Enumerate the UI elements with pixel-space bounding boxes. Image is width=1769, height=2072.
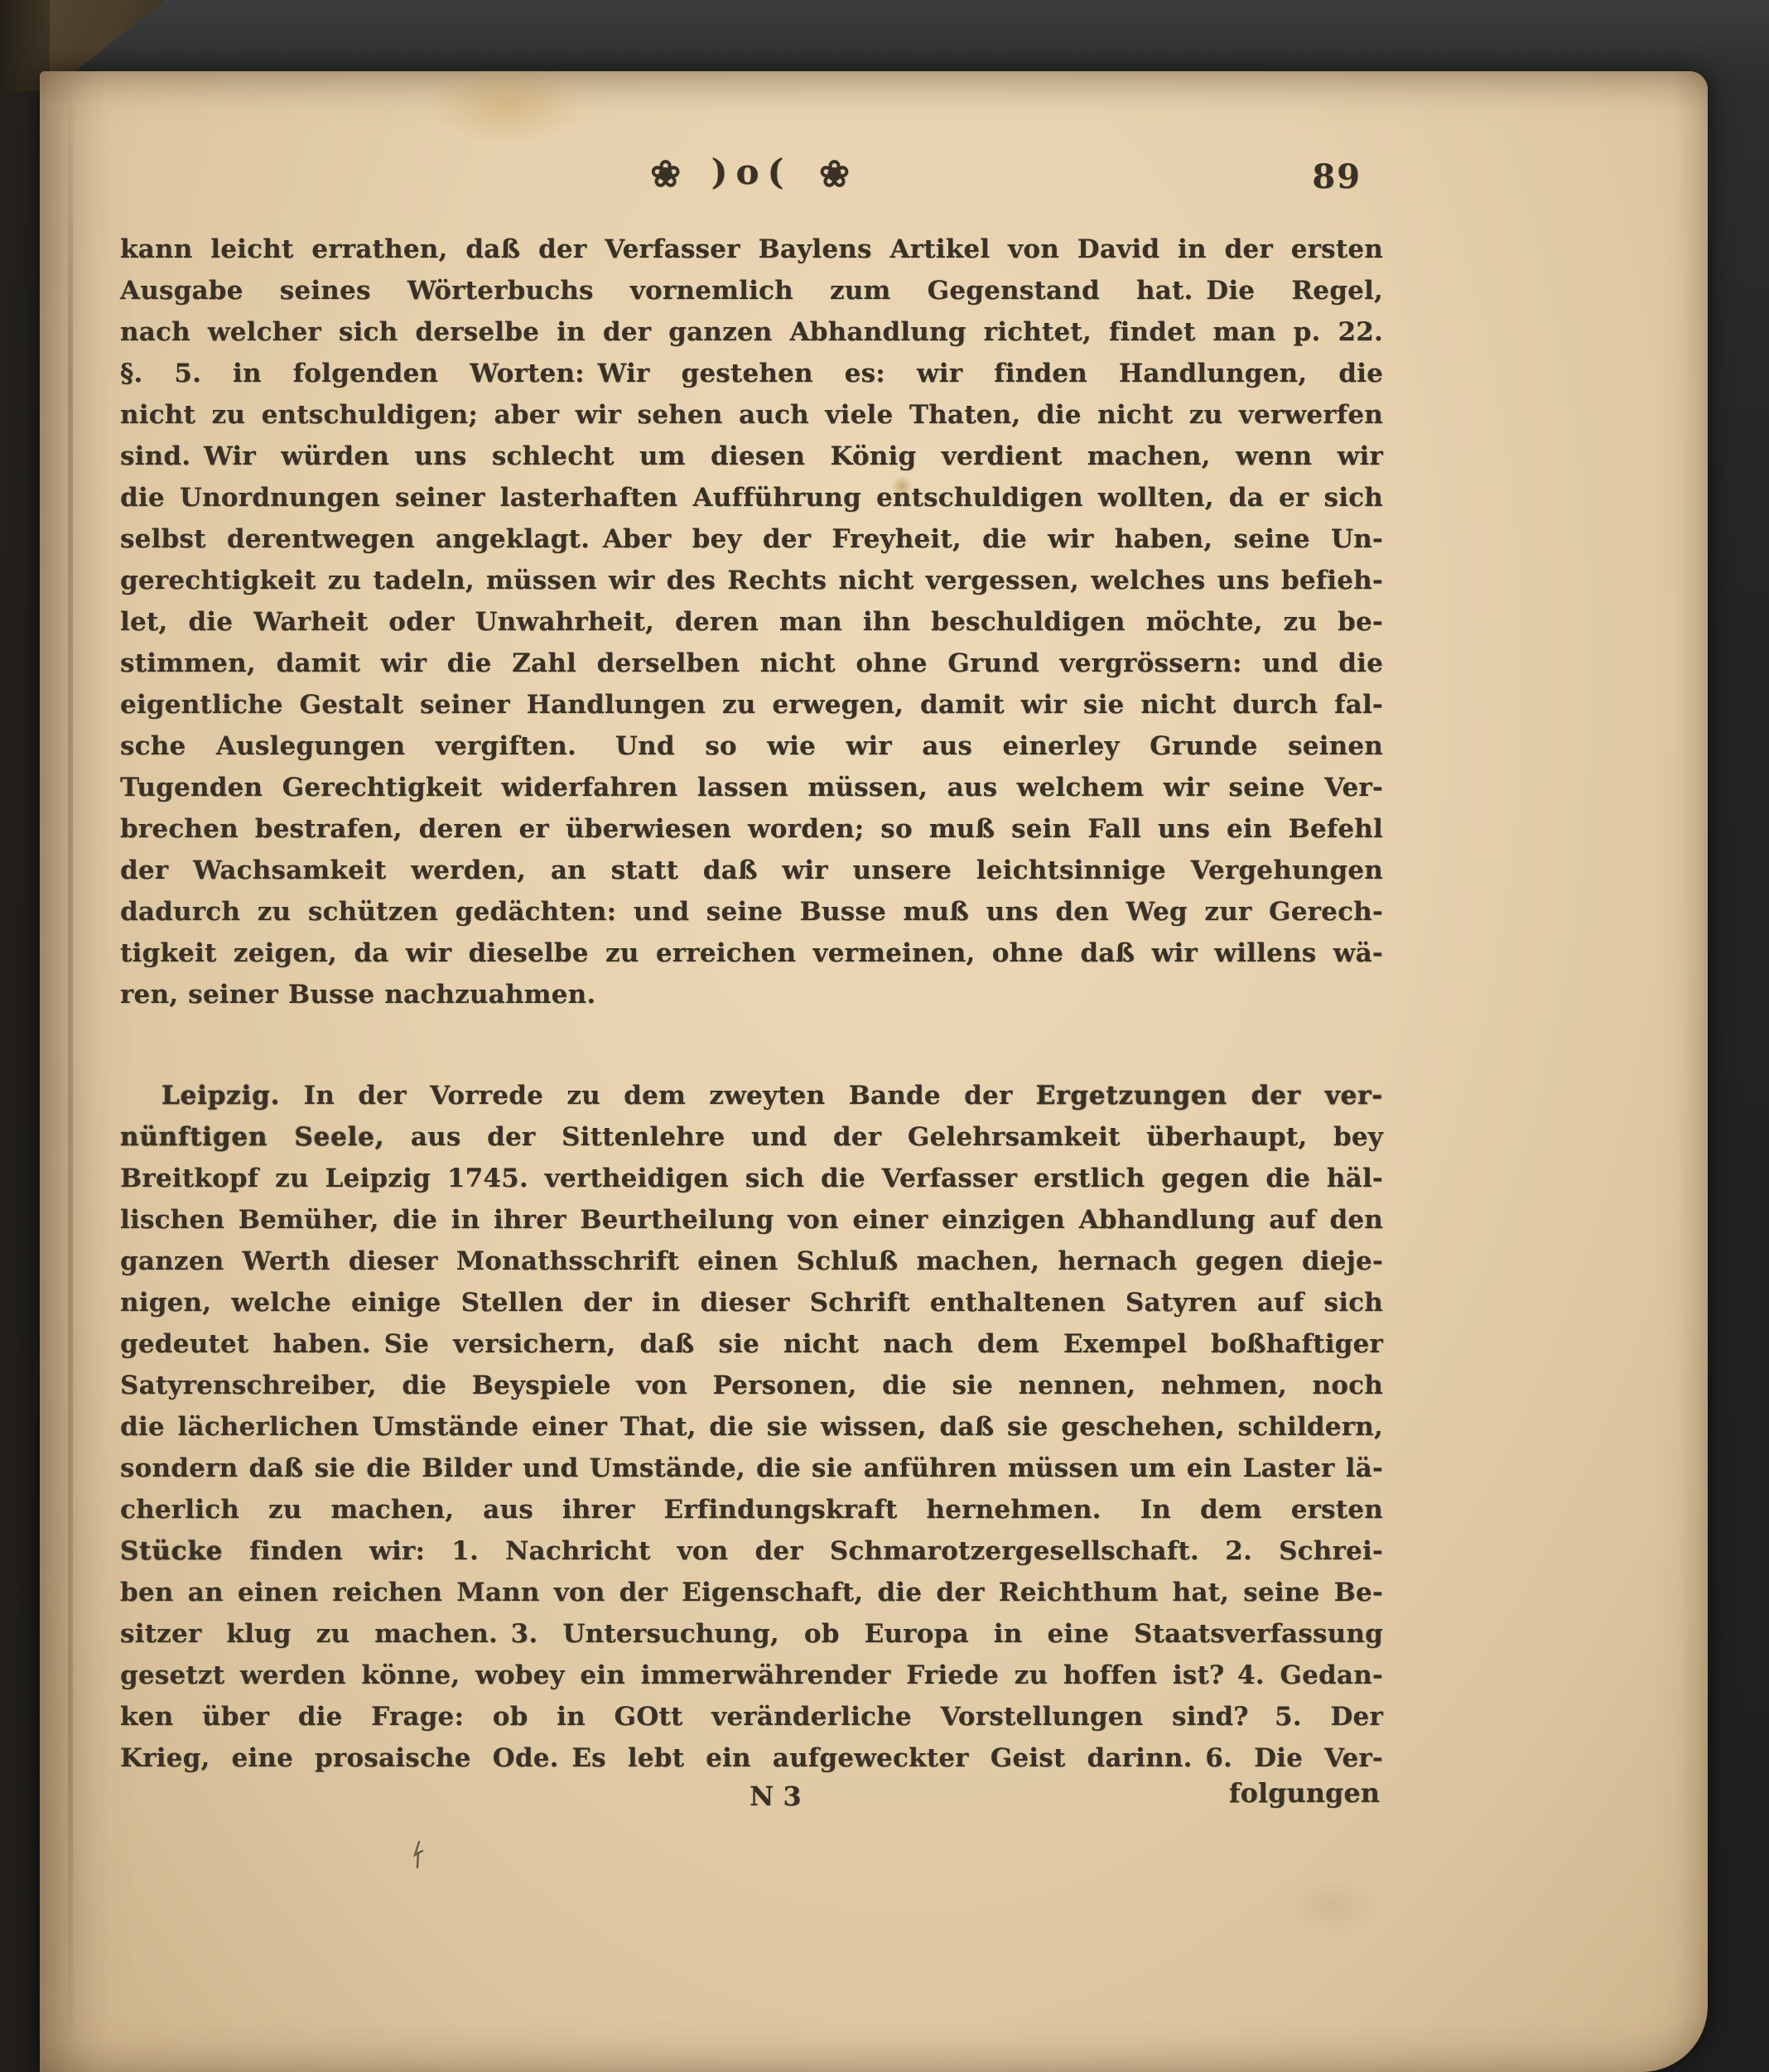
floral-ornament-icon: ❀ — [819, 153, 853, 195]
text-line: brechen bestrafen, deren er überwiesen w… — [120, 808, 1383, 850]
paragraph: Leipzig. In der Vorrede zu dem zweyten B… — [120, 1075, 1383, 1779]
emphasized-text: nünftigen Seele, — [120, 1122, 384, 1152]
text-segment: eigentliche Gestalt seiner Handlungen zu… — [120, 690, 1383, 720]
book-scan: ❀ )o( ❀ 89 kann leicht errathen, daß der… — [0, 0, 1769, 2072]
text-line: eigentliche Gestalt seiner Handlungen zu… — [120, 684, 1383, 725]
text-segment: ganzen Werth dieser Monathsschrift einen… — [120, 1246, 1383, 1276]
text-segment: ken über die Frage: ob in GOtt veränderl… — [120, 1702, 1383, 1732]
text-line: lischen Bemüher, die in ihrer Beurtheilu… — [120, 1199, 1383, 1241]
text-segment: selbst derentwegen angeklagt. Aber bey d… — [120, 524, 1383, 554]
text-line: Krieg, eine prosaische Ode. Es lebt ein … — [120, 1737, 1383, 1779]
text-line: Satyrenschreiber, die Beyspiele von Pers… — [120, 1365, 1383, 1406]
text-line: dadurch zu schützen gedächten: und seine… — [120, 891, 1383, 932]
text-line: §. 5. in folgenden Worten: Wir gestehen … — [120, 353, 1383, 394]
text-segment: In der Vorrede zu dem zweyten Bande der — [280, 1081, 1036, 1111]
text-segment: gesetzt werden könne, wobey ein immerwäh… — [120, 1660, 1383, 1690]
text-line: let, die Warheit oder Unwahrheit, deren … — [120, 601, 1383, 643]
text-line: nigen, welche einige Stellen der in dies… — [120, 1282, 1383, 1323]
text-segment: Breitkopf zu Leipzig 1745. vertheidigen … — [120, 1164, 1383, 1193]
text-segment: let, die Warheit oder Unwahrheit, deren … — [120, 607, 1383, 637]
text-line: nicht zu entschuldigen; aber wir sehen a… — [120, 394, 1383, 436]
text-line: sche Auslegungen vergiften. Und so wie w… — [120, 725, 1383, 767]
text-segment: sitzer klug zu machen. 3. Untersuchung, … — [120, 1619, 1383, 1649]
text-segment: dadurch zu schützen gedächten: und seine… — [120, 897, 1383, 927]
text-line: nach welcher sich derselbe in der ganzen… — [120, 311, 1383, 353]
text-line: sind. Wir würden uns schlecht um diesen … — [120, 436, 1383, 477]
paper-stain — [429, 66, 586, 145]
text-segment: Tugenden Gerechtigkeit widerfahren lasse… — [120, 773, 1383, 802]
page-number: 89 — [1312, 157, 1362, 196]
text-segment: nigen, welche einige Stellen der in dies… — [120, 1288, 1383, 1318]
text-segment: Ausgabe seines Wörterbuchs vornemlich zu… — [120, 276, 1383, 306]
text-line: ken über die Frage: ob in GOtt veränderl… — [120, 1696, 1383, 1737]
text-segment: §. 5. in folgenden Worten: Wir gestehen … — [120, 359, 1383, 388]
text-segment: sche Auslegungen vergiften. Und so wie w… — [120, 731, 1383, 761]
text-line: die Unordnungen seiner lasterhaften Auff… — [120, 477, 1383, 518]
text-line: sitzer klug zu machen. 3. Untersuchung, … — [120, 1613, 1383, 1655]
text-line: Stücke finden wir: 1. Nachricht von der … — [120, 1530, 1383, 1572]
text-line: ganzen Werth dieser Monathsschrift einen… — [120, 1241, 1383, 1282]
text-segment: finden wir: 1. Nachricht von der Schmaro… — [223, 1536, 1383, 1566]
text-segment: stimmen, damit wir die Zahl derselben ni… — [120, 648, 1383, 678]
text-line: sondern daß sie die Bilder und Umstände,… — [120, 1448, 1383, 1489]
text-line: gesetzt werden könne, wobey ein immerwäh… — [120, 1655, 1383, 1696]
emphasized-text: Stücke — [120, 1536, 223, 1566]
paper-stain — [1282, 1877, 1381, 1935]
text-line: der Wachsamkeit werden, an statt daß wir… — [120, 850, 1383, 891]
floral-ornament-icon: ❀ — [650, 153, 684, 195]
text-column: kann leicht errathen, daß der Verfasser … — [120, 229, 1383, 1779]
text-segment: sind. Wir würden uns schlecht um diesen … — [120, 441, 1383, 471]
signature-mark: N 3 — [750, 1780, 802, 1812]
text-segment: nach welcher sich derselbe in der ganzen… — [120, 317, 1383, 347]
text-segment: brechen bestrafen, deren er überwiesen w… — [120, 814, 1383, 844]
paragraph: kann leicht errathen, daß der Verfasser … — [120, 229, 1383, 1015]
text-segment: gedeutet haben. Sie versichern, daß sie … — [120, 1329, 1383, 1359]
text-line: selbst derentwegen angeklagt. Aber bey d… — [120, 518, 1383, 560]
text-segment: tigkeit zeigen, da wir dieselbe zu errei… — [120, 938, 1383, 968]
header-ornament: ❀ )o( ❀ — [120, 151, 1383, 193]
text-segment: die lächerlichen Umstände einer That, di… — [120, 1412, 1383, 1442]
page-footer: N 3 folgungen — [120, 1780, 1383, 1824]
text-line: Tugenden Gerechtigkeit widerfahren lasse… — [120, 767, 1383, 808]
text-segment: cherlich zu machen, aus ihrer Erfindungs… — [120, 1495, 1383, 1525]
ink-smudge — [411, 1840, 427, 1870]
catchword: folgungen — [1229, 1777, 1380, 1809]
text-segment: kann leicht errathen, daß der Verfasser … — [120, 234, 1383, 264]
text-segment: die Unordnungen seiner lasterhaften Auff… — [120, 483, 1383, 513]
text-line: Ausgabe seines Wörterbuchs vornemlich zu… — [120, 270, 1383, 311]
text-line: gerechtigkeit zu tadeln, müssen wir des … — [120, 560, 1383, 601]
text-line: stimmen, damit wir die Zahl derselben ni… — [120, 643, 1383, 684]
emphasized-text: Ergetzungen der ver- — [1036, 1081, 1383, 1111]
text-line: cherlich zu machen, aus ihrer Erfindungs… — [120, 1489, 1383, 1530]
text-segment: gerechtigkeit zu tadeln, müssen wir des … — [120, 566, 1383, 595]
text-line: Leipzig. In der Vorrede zu dem zweyten B… — [120, 1075, 1383, 1116]
text-line: ren, seiner Busse nachzuahmen. — [120, 974, 1383, 1015]
emphasized-text: Leipzig. — [161, 1081, 280, 1111]
text-segment: sondern daß sie die Bilder und Umstände,… — [120, 1453, 1383, 1483]
text-line: gedeutet haben. Sie versichern, daß sie … — [120, 1323, 1383, 1365]
page-header: ❀ )o( ❀ 89 — [120, 151, 1383, 210]
text-line: ben an einen reichen Mann von der Eigens… — [120, 1572, 1383, 1613]
text-line: tigkeit zeigen, da wir dieselbe zu errei… — [120, 932, 1383, 974]
text-line: die lächerlichen Umstände einer That, di… — [120, 1406, 1383, 1448]
text-line: kann leicht errathen, daß der Verfasser … — [120, 229, 1383, 270]
text-segment: Satyrenschreiber, die Beyspiele von Pers… — [120, 1371, 1383, 1400]
text-segment: aus der Sittenlehre und der Gelehrsamkei… — [384, 1122, 1383, 1152]
text-line: Breitkopf zu Leipzig 1745. vertheidigen … — [120, 1158, 1383, 1199]
text-segment: nicht zu entschuldigen; aber wir sehen a… — [120, 400, 1383, 430]
text-segment: ben an einen reichen Mann von der Eigens… — [120, 1578, 1383, 1607]
header-center-mark: )o( — [700, 152, 804, 192]
book-page: ❀ )o( ❀ 89 kann leicht errathen, daß der… — [40, 71, 1708, 2072]
text-segment: Krieg, eine prosaische Ode. Es lebt ein … — [120, 1743, 1383, 1773]
text-segment: der Wachsamkeit werden, an statt daß wir… — [120, 855, 1383, 885]
text-segment: lischen Bemüher, die in ihrer Beurtheilu… — [120, 1205, 1383, 1235]
text-segment: ren, seiner Busse nachzuahmen. — [120, 980, 595, 1009]
gutter-crease — [68, 71, 73, 2072]
text-line: nünftigen Seele, aus der Sittenlehre und… — [120, 1116, 1383, 1158]
